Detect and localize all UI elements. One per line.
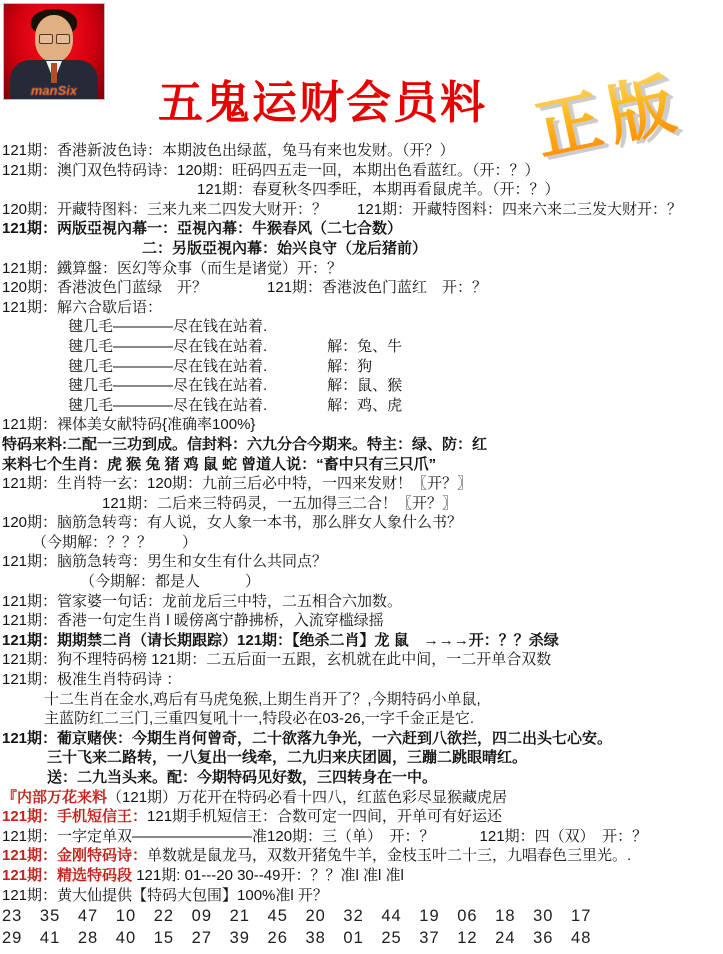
line-text: 单数就是鼠龙马，双数开猪兔牛羊，金枝玉叶二十三，九唱春色三里光。. bbox=[147, 847, 631, 864]
text-line: 121期：二后来三特码灵，一五加得三二合！〖开？〗 bbox=[2, 494, 721, 514]
line-text: 三十飞来二路转，一八复出一线牵，二九归来庆团圆，三蹦二跳眼晴红。 bbox=[47, 749, 527, 766]
line-text: 121期：香港一句定生肖 l 暖傍离宁静拂桥，入流穿槛绿摇 bbox=[2, 612, 384, 629]
text-line: 120期：开藏特图料：三来九来二四发大财开：？ 121期：开藏特图料：四来六来二… bbox=[2, 200, 721, 220]
line-text: 121期：鐵算盤：医幻等众事（而生是诸觉）开：？ bbox=[2, 260, 342, 277]
line-text: 121期：澳门双色特码诗：120期：旺码四五走一回，本期出色看蓝红。（开：？） bbox=[2, 162, 540, 179]
text-line: 121期：期期禁二肖（请长期跟踪）121期：【绝杀二肖】龙 鼠 →→→开：？？杀… bbox=[2, 631, 721, 651]
line-text: 121期：春夏秋冬四季旺，本期再看鼠虎羊。（开：？） bbox=[197, 181, 560, 198]
text-line: （今期解：？？？ ） bbox=[2, 533, 721, 553]
line-text: 121期：二后来三特码灵，一五加得三二合！〖开？〗 bbox=[102, 495, 457, 512]
line-text: 121期：管家婆一句话：龙前龙后三中特，二五相合六加数。 bbox=[2, 593, 402, 610]
line-lead: 121期：精选特码段 bbox=[2, 867, 136, 884]
line-text: 120期：脑筋急转弯：有人说，女人象一本书，那么胖女人象什么书？ bbox=[2, 514, 462, 531]
page-title: 五鬼运财会员料 bbox=[158, 66, 487, 131]
line-text: 121期：一字定单双————————准120期：三（单） 开：？ 121期：四（… bbox=[2, 828, 647, 845]
text-line: 毽几毛————尽在钱在站着. 解：鸡、虎 bbox=[2, 396, 721, 416]
tie-shape bbox=[51, 63, 57, 83]
line-text: 121期：狗不理特码榜 121期：二五后面一五跟，玄机就在此中间，一二开单合双数 bbox=[2, 651, 551, 668]
text-line: 121期：解六合歇后语： bbox=[2, 298, 721, 318]
text-line: 十二生肖在金水,鸡后有马虎兔猴,上期生肖开了？,今期特码小单鼠, bbox=[2, 690, 721, 710]
text-line: 121期：狗不理特码榜 121期：二五后面一五跟，玄机就在此中间，一二开单合双数 bbox=[2, 650, 721, 670]
text-line: 121期：极准生肖特码诗 ： bbox=[2, 670, 721, 690]
text-line: 121期：鐵算盤：医幻等众事（而生是诸觉）开：？ bbox=[2, 259, 721, 279]
text-line: 121期：香港一句定生肖 l 暖傍离宁静拂桥，入流穿槛绿摇 bbox=[2, 611, 721, 631]
line-lead: 121期：手机短信王： bbox=[2, 808, 147, 825]
text-line: 120期：香港波色门蓝绿 开？ 121期：香港波色门蓝红 开：？ bbox=[2, 278, 721, 298]
photo-caption: manSix bbox=[4, 83, 104, 98]
text-line: 121期：香港新波色诗：本期波色出绿蓝，兔马有来也发财。（开？） bbox=[2, 141, 721, 161]
line-text: 特码来料:二配一三功到成。信封料：六九分合今期来。特主：绿、防：红 bbox=[2, 436, 487, 453]
text-line: 121期：金刚特码诗：单数就是鼠龙马，双数开猪兔牛羊，金枝玉叶二十三，九唱春色三… bbox=[2, 846, 721, 866]
text-line: 121期：两版亞視內幕一：亞視內幕：牛猴春风（二七合数） bbox=[2, 219, 721, 239]
line-text: 毽几毛————尽在钱在站着. 解：狗 bbox=[68, 358, 372, 375]
text-line: 121期：管家婆一句话：龙前龙后三中特，二五相合六加数。 bbox=[2, 592, 721, 612]
text-line: 121期：手机短信王：121期手机短信王：合数可定一四间，开单可有好运还 bbox=[2, 807, 721, 827]
text-line: 121期：黄大仙提供【特码大包围】100%准l 开？ bbox=[2, 886, 721, 906]
line-text: 121期：期期禁二肖（请长期跟踪）121期：【绝杀二肖】龙 鼠 →→→开：？？杀… bbox=[2, 632, 559, 649]
numbers-row-1: 23 35 47 10 22 09 21 45 20 32 44 19 06 1… bbox=[2, 905, 721, 927]
text-line: 二：另版亞視內幕：始兴良守（龙后猪前） bbox=[2, 239, 721, 259]
line-text: （今期解：都是人 ） bbox=[80, 573, 260, 590]
line-text: 十二生肖在金水,鸡后有马虎兔猴,上期生肖开了？,今期特码小单鼠, bbox=[44, 691, 481, 708]
line-lead: 121期：金刚特码诗： bbox=[2, 847, 147, 864]
text-line: 121期：脑筋急转弯：男生和女生有什么共同点？ bbox=[2, 552, 721, 572]
text-line: 送：二九当头来。配：今期特码见好数，三四转身在一中。 bbox=[2, 768, 721, 788]
text-line: 来料七个生肖：虎 猴 兔 猪 鸡 鼠 蛇 曾道人说：“畜中只有三只爪” bbox=[2, 455, 721, 475]
glasses-left-lens-shape bbox=[39, 34, 53, 44]
line-text: （今期解：？？？ ） bbox=[32, 534, 197, 551]
line-text: 121期：生肖特一玄：120期：九前三后必中特，一四来发财！〖开？〗 bbox=[2, 475, 472, 492]
text-line: 三十飞来二路转，一八复出一线牵，二九归来庆团圆，三蹦二跳眼晴红。 bbox=[2, 748, 721, 768]
line-text: 121期：极准生肖特码诗 ： bbox=[2, 671, 181, 688]
line-text: 毽几毛————尽在钱在站着. 解：鼠、猴 bbox=[68, 377, 402, 394]
line-text: 毽几毛————尽在钱在站着. 解：兔、牛 bbox=[68, 338, 402, 355]
text-line: 121期：一字定单双————————准120期：三（单） 开：？ 121期：四（… bbox=[2, 827, 721, 847]
line-text: 送：二九当头来。配：今期特码见好数，三四转身在一中。 bbox=[47, 769, 437, 786]
line-text: （121期）万花开在特码必看十四八，红蓝色彩尽显猴藏虎居 bbox=[107, 789, 507, 806]
line-text: 120期：香港波色门蓝绿 开？ 121期：香港波色门蓝红 开：？ bbox=[2, 279, 487, 296]
line-text: 121期：脑筋急转弯：男生和女生有什么共同点？ bbox=[2, 553, 327, 570]
line-text: 121期手机短信王：合数可定一四间，开单可有好运还 bbox=[147, 808, 502, 825]
page-root: manSix 五鬼运财会员料 正版 121期：香港新波色诗：本期波色出绿蓝，兔马… bbox=[0, 0, 723, 954]
line-text: 主蓝防红二三门,三重四复吼十一,特段必在03-26,一字千金正是它. bbox=[44, 710, 474, 727]
numbers-row-2: 29 41 28 40 15 27 39 26 38 01 25 37 12 2… bbox=[2, 927, 721, 949]
line-text: 121期：黄大仙提供【特码大包围】100%准l 开？ bbox=[2, 887, 328, 904]
content-body: 121期：香港新波色诗：本期波色出绿蓝，兔马有来也发财。（开？） 121期：澳门… bbox=[2, 141, 721, 949]
text-line: 120期：脑筋急转弯：有人说，女人象一本书，那么胖女人象什么书？ bbox=[2, 513, 721, 533]
line-text: 121期: 01---20 30--49开：？？准l 准l 准l bbox=[136, 867, 404, 884]
line-text: 毽几毛————尽在钱在站着. 解：鸡、虎 bbox=[68, 397, 402, 414]
text-line: 毽几毛————尽在钱在站着. 解：鼠、猴 bbox=[2, 376, 721, 396]
text-line: 121期：精选特码段 121期: 01---20 30--49开：？？准l 准l… bbox=[2, 866, 721, 886]
line-text: 121期：裸体美女献特码{准确率100%} bbox=[2, 416, 255, 433]
text-line: 121期：澳门双色特码诗：120期：旺码四五走一回，本期出色看蓝红。（开：？） bbox=[2, 161, 721, 181]
line-text: 121期：香港新波色诗：本期波色出绿蓝，兔马有来也发财。（开？） bbox=[2, 142, 455, 159]
text-line: 『内部万花来料（121期）万花开在特码必看十四八，红蓝色彩尽显猴藏虎居 bbox=[2, 788, 721, 808]
text-line: （今期解：都是人 ） bbox=[2, 572, 721, 592]
text-line: 121期：生肖特一玄：120期：九前三后必中特，一四来发财！〖开？〗 bbox=[2, 474, 721, 494]
line-lead: 『内部万花来料 bbox=[2, 789, 107, 806]
text-line: 121期：葡京赌侠：今期生肖何曾奇，二十欲落九争光，一六赶到八欲拦，四二出头七心… bbox=[2, 729, 721, 749]
line-text: 120期：开藏特图料：三来九来二四发大财开：？ 121期：开藏特图料：四来六来二… bbox=[2, 201, 682, 218]
text-line: 毽几毛————尽在钱在站着. 解：狗 bbox=[2, 357, 721, 377]
text-line: 毽几毛————尽在钱在站着. 解：兔、牛 bbox=[2, 337, 721, 357]
text-line: 121期：春夏秋冬四季旺，本期再看鼠虎羊。（开：？） bbox=[2, 180, 721, 200]
line-text: 来料七个生肖：虎 猴 兔 猪 鸡 鼠 蛇 曾道人说：“畜中只有三只爪” bbox=[2, 456, 436, 473]
text-line: 主蓝防红二三门,三重四复吼十一,特段必在03-26,一字千金正是它. bbox=[2, 709, 721, 729]
text-line: 121期：裸体美女献特码{准确率100%} bbox=[2, 415, 721, 435]
text-line: 特码来料:二配一三功到成。信封料：六九分合今期来。特主：绿、防：红 bbox=[2, 435, 721, 455]
line-text: 二：另版亞視內幕：始兴良守（龙后猪前） bbox=[142, 240, 427, 257]
text-line: 毽几毛————尽在钱在站着. bbox=[2, 317, 721, 337]
line-text: 121期：葡京赌侠：今期生肖何曾奇，二十欲落九争光，一六赶到八欲拦，四二出头七心… bbox=[2, 730, 612, 747]
portrait-photo: manSix bbox=[3, 3, 105, 100]
line-text: 毽几毛————尽在钱在站着. bbox=[68, 318, 267, 335]
glasses-right-lens-shape bbox=[56, 34, 70, 44]
line-text: 121期：两版亞視內幕一：亞視內幕：牛猴春风（二七合数） bbox=[2, 220, 402, 237]
line-text: 121期：解六合歇后语： bbox=[2, 299, 162, 316]
